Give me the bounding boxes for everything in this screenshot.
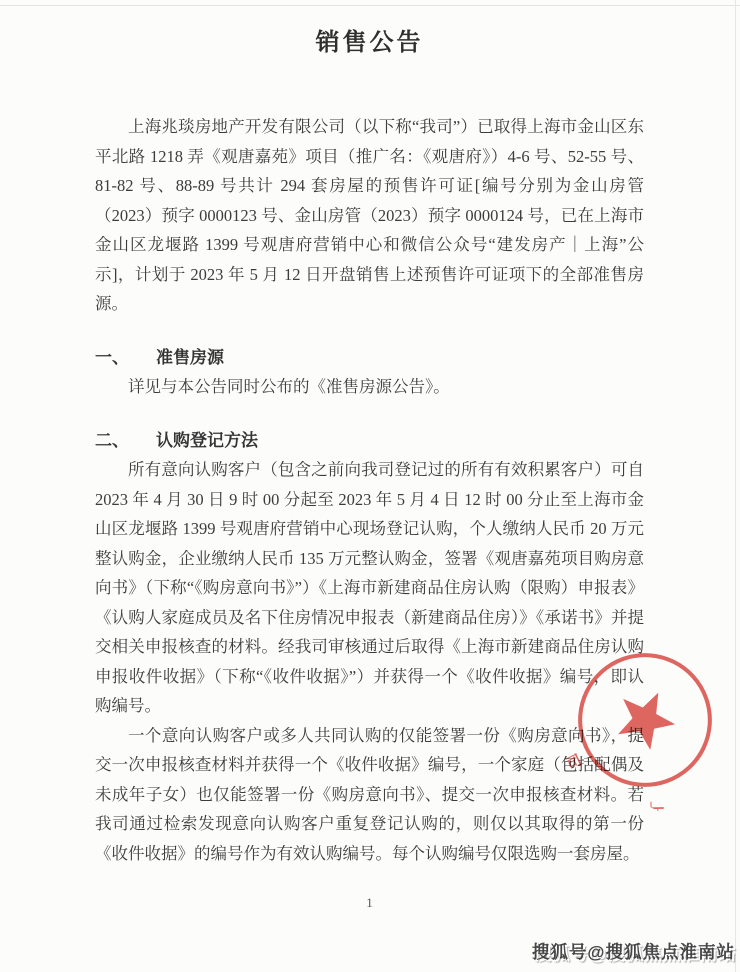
section-2: 二、认购登记方法 所有意向认购客户（包含之前向我司登记过的所有有效积累客户）可自… [95,426,644,869]
section-1-number: 一、 [95,348,129,367]
section-2-paragraph-1: 所有意向认购客户（包含之前向我司登记过的所有有效积累客户）可自 2023 年 4… [95,455,644,721]
intro-paragraph: 上海兆琰房地产开发有限公司（以下称“我司”）已取得上海市金山区东平北路 1218… [95,112,644,319]
section-2-number: 二、 [95,431,129,450]
page-title: 销售公告 [95,26,644,60]
watermark-sohu: 搜狐号@搜狐焦点淮南站 [532,939,735,964]
section-2-title: 认购登记方法 [156,431,258,450]
section-1-paragraph: 详见与本公告同时公布的《准售房源公告》。 [95,372,644,402]
document-body: 销售公告 上海兆琰房地产开发有限公司（以下称“我司”）已取得上海市金山区东平北路… [95,26,644,868]
section-2-heading: 二、认购登记方法 [95,426,644,456]
page-number: 1 [95,895,644,911]
document-page: 销售公告 上海兆琰房地产开发有限公司（以下称“我司”）已取得上海市金山区东平北路… [0,0,740,972]
page-top-edge [0,5,740,6]
section-1-title: 准售房源 [156,348,224,367]
section-1-heading: 一、准售房源 [95,343,644,373]
section-2-paragraph-2: 一个意向认购客户或多人共同认购的仅能签署一份《购房意向书》，提交一次申报核查材料… [95,721,644,869]
section-1: 一、准售房源 详见与本公告同时公布的《准售房源公告》。 [95,343,644,402]
page-right-edge [735,0,736,972]
